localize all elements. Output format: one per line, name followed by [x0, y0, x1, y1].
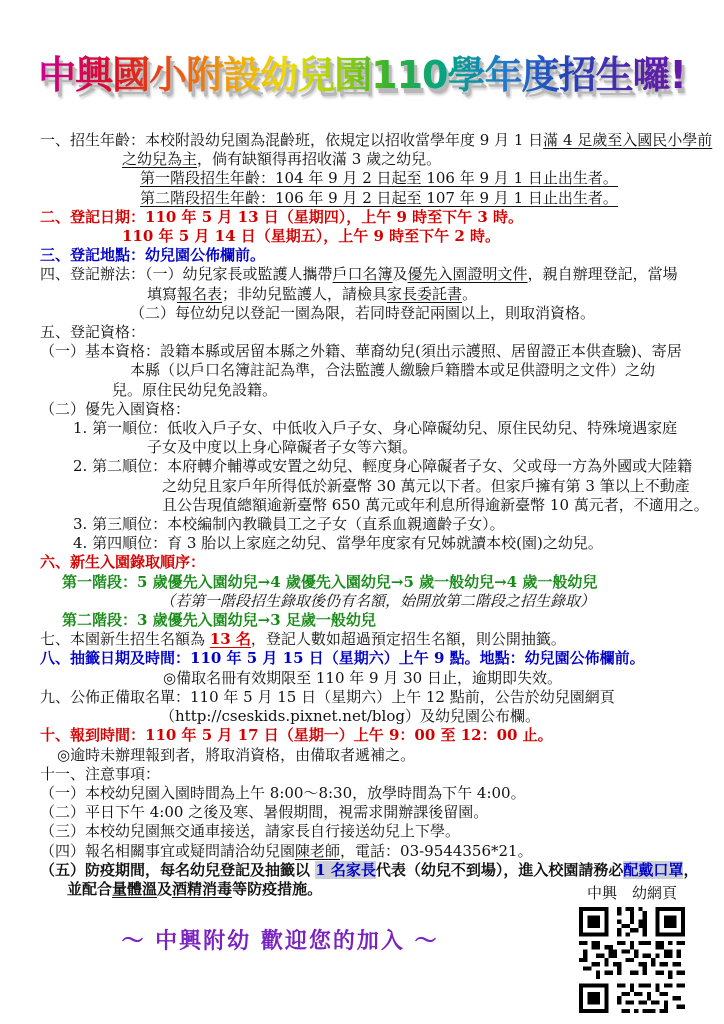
text-run: 代表（幼兒不到場），進入校園請務必 [376, 861, 624, 879]
text-run: 五、登記資格： [40, 323, 145, 341]
doc-line-12: （一）基本資格：設籍本縣或居留本縣之外籍、華裔幼兒(須出示護照、居留證正本供查驗… [40, 342, 700, 361]
doc-line-19: 之幼兒且家戶年所得低於新臺幣 30 萬元以下者。但家戶擁有第 3 筆以上不動產 [40, 477, 700, 496]
text-run: 第二階段招生年齡：106 年 9 月 2 日起至 107 年 9 月 1 日止出… [140, 189, 618, 207]
doc-line-28: 八、抽籤日期及時間：110 年 5 月 15 日（星期六）上午 9 點。地點：幼… [40, 649, 700, 668]
doc-line-22: 4. 第四順位：育 3 胎以上家庭之幼兒、當學年度家有兄姊就讀本校(園)之幼兒。 [40, 534, 700, 553]
doc-line-39: （五）防疫期間，每名幼兒登記及抽籤以 1 名家長代表（幼兒不到場），進入校園請務… [40, 861, 700, 880]
text-run: （若第一階段招生錄取後仍有名額，始開放第二階段之招生錄取） [160, 592, 595, 610]
text-run: 量體溫 [112, 880, 157, 898]
text-run: ；非幼兒監護人，請檢具 [222, 285, 387, 303]
phone-number: ，電話：03-9544356*21。 [340, 842, 533, 860]
text-run: 第二階段：3 歲優先入園幼兒→3 足歲一般幼兒 [62, 611, 376, 629]
teacher-name: 陳老師 [295, 842, 340, 860]
text-run: 及 [157, 880, 172, 898]
welcome-slogan: ～ 中興附幼 歡迎您的加入 ～ [0, 924, 560, 955]
doc-line-10: （二）每位幼兒以登記一園為限，若同時登記兩園以上，則取消資格。 [40, 304, 700, 323]
text-run: 並配合 [67, 880, 112, 898]
text-run: （四）報名相關事宜或疑問請洽幼兒園 [40, 842, 295, 860]
text-run: 。 [462, 285, 477, 303]
text-run: （五）防疫期間，每名幼兒登記及抽籤以 [40, 861, 315, 879]
flyer-page: 中興國小附設幼兒園110學年度招生囉! 一、招生年齡：本校附設幼兒園為混齡班，依… [0, 0, 724, 1024]
text-run: 且公告現值總額逾新臺幣 650 萬元或年利息所得逾新臺幣 10 萬元者，不適用之… [162, 496, 709, 514]
text-run: 3. 第三順位：本校編制內教職員工之子女（直系血親適齡子女）。 [73, 515, 505, 533]
doc-line-33: ◎逾時未辦理報到者，將取消資格，由備取者遞補之。 [40, 746, 700, 765]
doc-line-16: 1. 第一順位：低收入戶子女、中低收入戶子女、身心障礙幼兒、原住民幼兒、特殊境遇… [40, 419, 700, 438]
text-run: （三）本校幼兒園無交通車接送，請家長自行接送幼兒上下學。 [40, 822, 460, 840]
doc-line-14: 兒。原住民幼兒免設籍。 [40, 381, 700, 400]
text-run: 第一階段招生年齡：104 年 9 月 2 日起至 106 年 9 月 1 日止出… [140, 169, 618, 187]
text-run: 酒精消毒 [172, 880, 232, 898]
doc-line-18: 2. 第二順位：本府轉介輔導或安置之幼兒、輕度身心障礙者子女、父或母一方為外國或… [40, 457, 700, 476]
doc-line-38: （四）報名相關事宜或疑問請洽幼兒園陳老師，電話：03-9544356*21。 [40, 842, 700, 861]
text-run: 三、登記地點：幼兒園公佈欄前。 [40, 246, 265, 264]
text-run: 等防疫措施。 [232, 880, 322, 898]
text-run: 配戴口罩 [623, 861, 683, 879]
text-run: （一）基本資格：設籍本縣或居留本縣之外籍、華裔幼兒(須出示護照、居留證正本供查驗… [40, 342, 682, 360]
doc-line-34: 十一、注意事項： [40, 765, 700, 784]
text-run: 十、報到時間：110 年 5 月 17 日（星期一）上午 9：00 至 12：0… [40, 726, 553, 744]
text-run: 1. 第一順位：低收入戶子女、中低收入戶子女、身心障礙幼兒、原住民幼兒、特殊境遇… [73, 419, 677, 437]
doc-line-32: 十、報到時間：110 年 5 月 17 日（星期一）上午 9：00 至 12：0… [40, 726, 700, 745]
doc-line-35: （一）本校幼兒園入園時間為上午 8:00～8:30，放學時間為下午 4:00。 [40, 784, 700, 803]
doc-line-29: ◎備取名冊有效期限至 110 年 9 月 30 日止，逾期即失效。 [40, 669, 700, 688]
text-run: ◎備取名冊有效期限至 110 年 9 月 30 日止，逾期即失效。 [163, 669, 562, 687]
text-run: 及 [393, 265, 408, 283]
text-run: （二）平日下午 4:00 之後及寒、暑假期間，視需求開辦課後留園。 [40, 803, 488, 821]
text-run: 四、登記辦法：（一）幼兒家長或監護人攜帶 [40, 265, 333, 283]
page-title: 中興國小附設幼兒園110學年度招生囉! [0, 44, 724, 99]
text-run: （一）本校幼兒園入園時間為上午 8:00～8:30，放學時間為下午 4:00。 [40, 784, 526, 802]
doc-line-27: 七、本園新生招生名額為 13 名，登記人數如超過預定招生名額，則公開抽籤。 [40, 630, 700, 649]
text-run: 之幼兒為主 [122, 150, 197, 168]
text-run: （二）每位幼兒以登記一園為限，若同時登記兩園以上，則取消資格。 [130, 304, 595, 322]
doc-line-08: 四、登記辦法：（一）幼兒家長或監護人攜帶戶口名簿及優先入園證明文件，親自辦理登記… [40, 265, 700, 284]
doc-line-06: 110 年 5 月 14 日（星期五），上午 9 時至下午 2 時。 [40, 227, 700, 246]
doc-line-15: （二）優先入園資格： [40, 400, 700, 419]
text-run: 第一階段：5 歲優先入園幼兒→4 歲優先入園幼兒→5 歲一般幼兒→4 歲一般幼兒 [62, 573, 597, 591]
text-run: ，倘有缺額得再招收滿 3 歲之幼兒。 [197, 150, 441, 168]
doc-line-30: 九、公佈正備取名單：110 年 5 月 15 日（星期六）上午 12 點前，公告… [40, 688, 700, 707]
qr-code-icon [577, 907, 687, 1013]
doc-line-25: （若第一階段招生錄取後仍有名額，始開放第二階段之招生錄取） [40, 592, 700, 611]
doc-line-31: （http://cseskids.pixnet.net/blog）及幼兒園公布欄… [40, 707, 700, 726]
text-run: 兒。原住民幼兒免設籍。 [112, 381, 277, 399]
qr-label: 中興 幼網頁 [572, 882, 692, 903]
doc-line-05: 二、登記日期：110 年 5 月 13 日（星期四），上午 9 時至下午 3 時… [40, 208, 700, 227]
text-run: 戶口名簿 [333, 265, 393, 283]
doc-line-26: 第二階段：3 歲優先入園幼兒→3 足歲一般幼兒 [40, 611, 700, 630]
doc-line-09: 填寫報名表；非幼兒監護人，請檢具家長委託書。 [40, 285, 700, 304]
website-url: （http://cseskids.pixnet.net/blog）及幼兒園公布欄… [160, 707, 540, 725]
doc-line-20: 且公告現值總額逾新臺幣 650 萬元或年利息所得逾新臺幣 10 萬元者，不適用之… [40, 496, 700, 515]
doc-line-24: 第一階段：5 歲優先入園幼兒→4 歲優先入園幼兒→5 歲一般幼兒→4 歲一般幼兒 [40, 573, 700, 592]
text-run: 九、公佈正備取名單：110 年 5 月 15 日（星期六）上午 12 點前，公告… [40, 688, 615, 706]
text-run: 滿 4 足歲至入國民小學前 [543, 131, 712, 149]
doc-line-11: 五、登記資格： [40, 323, 700, 342]
doc-line-36: （二）平日下午 4:00 之後及寒、暑假期間，視需求開辦課後留園。 [40, 803, 700, 822]
text-run: ， [683, 861, 698, 879]
text-run: 十一、注意事項： [40, 765, 160, 783]
text-run: 110 年 5 月 14 日（星期五），上午 9 時至下午 2 時。 [122, 227, 500, 245]
text-run: 報名表 [177, 285, 222, 303]
doc-line-04: 第二階段招生年齡：106 年 9 月 2 日起至 107 年 9 月 1 日止出… [40, 189, 700, 208]
text-run: 2. 第二順位：本府轉介輔導或安置之幼兒、輕度身心障礙者子女、父或母一方為外國或… [73, 457, 692, 475]
doc-line-13: 本縣（以戶口名簿註記為準，合法監護人繳驗戶籍謄本或足供證明之文件）之幼 [40, 361, 700, 380]
quota-highlight: 13 名 [210, 630, 251, 648]
qr-block: 中興 幼網頁 [572, 882, 692, 1013]
text-run: ，親自辦理登記，當場 [528, 265, 678, 283]
text-run: 4. 第四順位：育 3 胎以上家庭之幼兒、當學年度家有兄姊就讀本校(園)之幼兒。 [73, 534, 603, 552]
doc-line-17: 子女及中度以上身心障礙者子女等六類。 [40, 438, 700, 457]
text-run: 之幼兒且家戶年所得低於新臺幣 30 萬元以下者。但家戶擁有第 3 筆以上不動產 [162, 477, 690, 495]
text-run: 七、本園新生招生名額為 [40, 630, 210, 648]
doc-line-03: 第一階段招生年齡：104 年 9 月 2 日起至 106 年 9 月 1 日止出… [40, 169, 700, 188]
text-run: ◎逾時未辦理報到者，將取消資格，由備取者遞補之。 [57, 746, 415, 764]
text-run: 二、登記日期：110 年 5 月 13 日（星期四），上午 9 時至下午 3 時… [40, 208, 523, 226]
doc-line-37: （三）本校幼兒園無交通車接送，請家長自行接送幼兒上下學。 [40, 822, 700, 841]
doc-line-02: 之幼兒為主，倘有缺額得再招收滿 3 歲之幼兒。 [40, 150, 700, 169]
text-run: 子女及中度以上身心障礙者子女等六類。 [147, 438, 417, 456]
doc-line-01: 一、招生年齡：本校附設幼兒園為混齡班，依規定以招收當學年度 9 月 1 日滿 4… [40, 131, 700, 150]
text-run: 填寫 [147, 285, 177, 303]
text-run: 一、招生年齡：本校附設幼兒園為混齡班，依規定以招收當學年度 9 月 1 日 [40, 131, 543, 149]
text-run: 六、新生入園錄取順序： [40, 553, 205, 571]
doc-line-21: 3. 第三順位：本校編制內教職員工之子女（直系血親適齡子女）。 [40, 515, 700, 534]
text-run: 1 名家長 [315, 861, 376, 879]
doc-line-07: 三、登記地點：幼兒園公佈欄前。 [40, 246, 700, 265]
document-body: 一、招生年齡：本校附設幼兒園為混齡班，依規定以招收當學年度 9 月 1 日滿 4… [40, 131, 700, 899]
text-run: 本縣（以戶口名簿註記為準，合法監護人繳驗戶籍謄本或足供證明之文件）之幼 [130, 361, 655, 379]
text-run: 家長委託書 [387, 285, 462, 303]
text-run: 八、抽籤日期及時間：110 年 5 月 15 日（星期六）上午 9 點。地點：幼… [40, 649, 645, 667]
text-run: ，登記人數如超過預定招生名額，則公開抽籤。 [251, 630, 566, 648]
text-run: （二）優先入園資格： [40, 400, 190, 418]
doc-line-23: 六、新生入園錄取順序： [40, 553, 700, 572]
text-run: 優先入園證明文件 [408, 265, 528, 283]
